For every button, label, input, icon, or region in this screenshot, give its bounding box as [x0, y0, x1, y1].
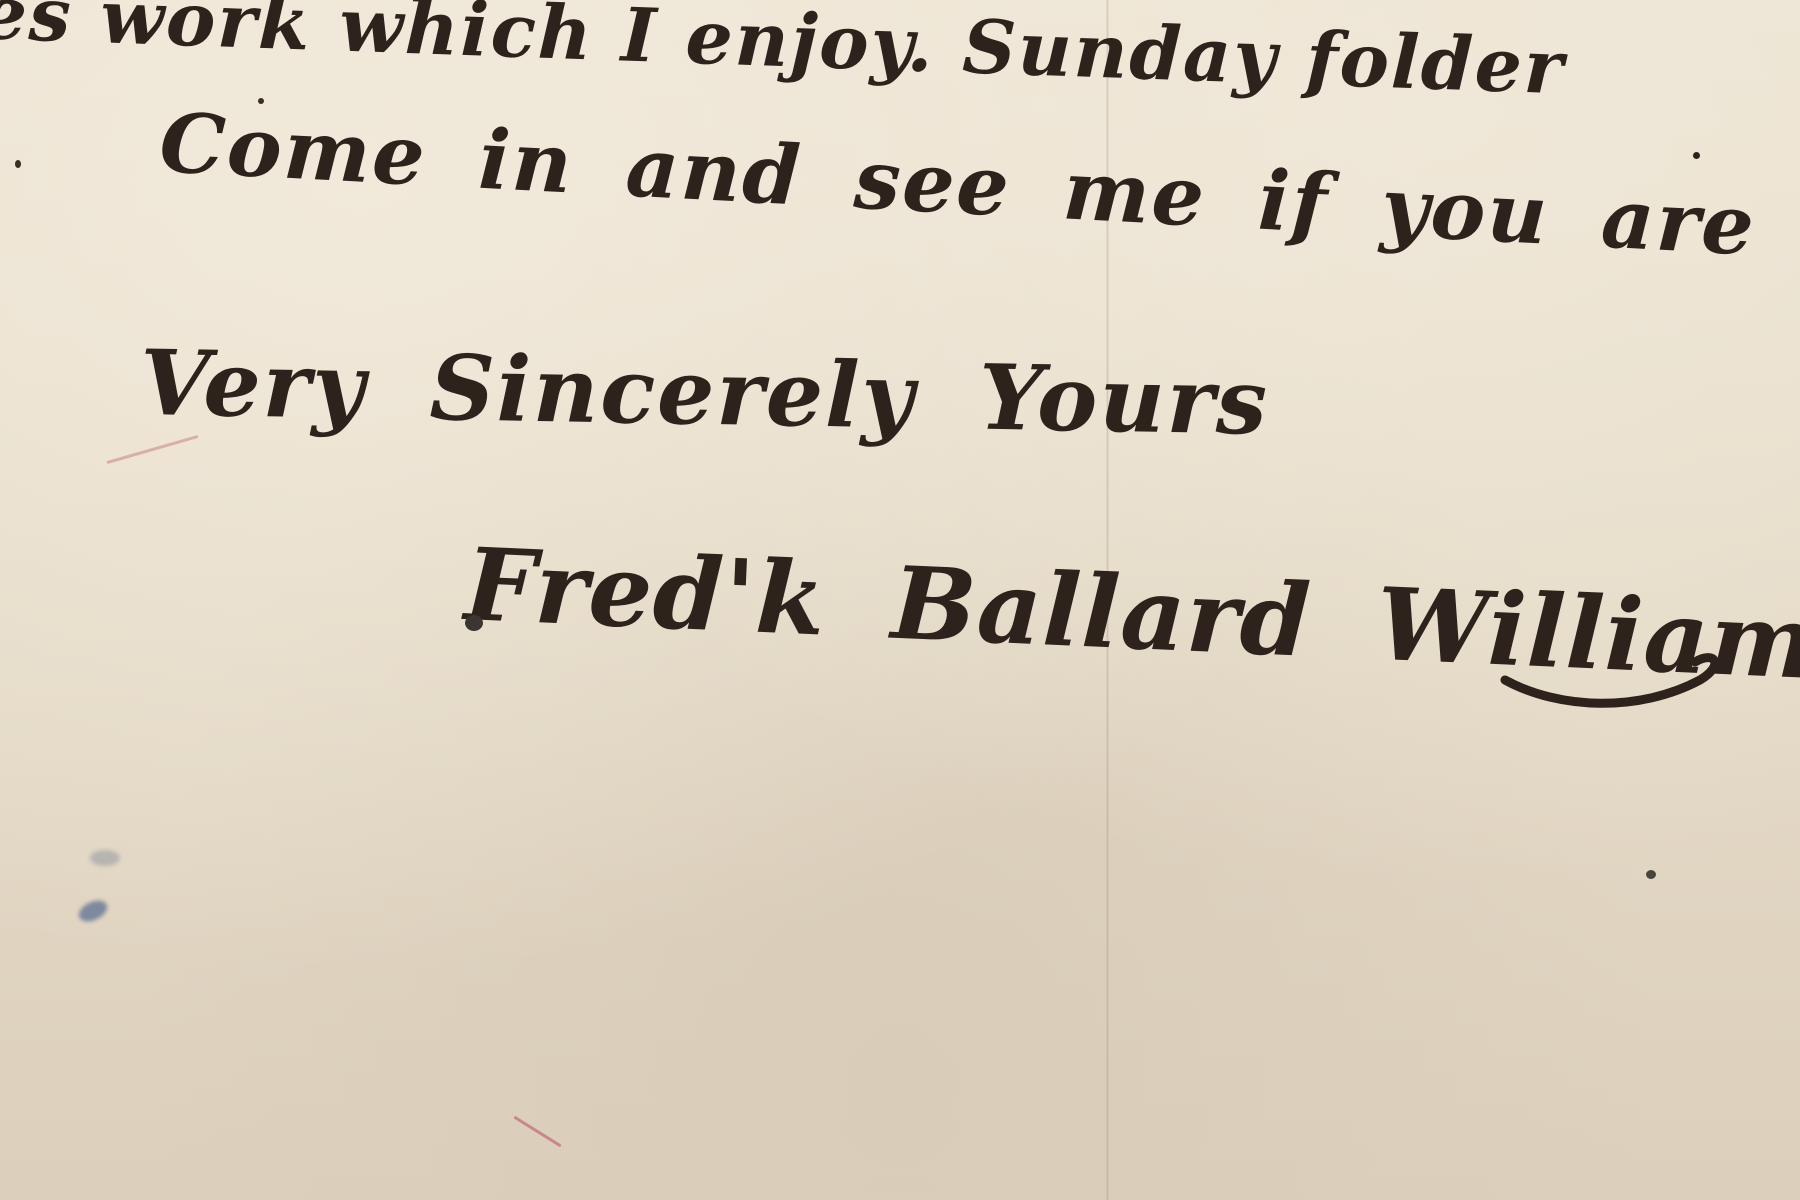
blue-ink-stain — [76, 897, 111, 926]
letter-closing: Very Sincerely Yours — [139, 330, 1270, 456]
ink-dot — [258, 98, 264, 104]
ink-dot — [465, 615, 483, 631]
ink-dot — [1693, 152, 1700, 159]
red-pencil-mark — [106, 435, 198, 464]
signature-flourish-icon — [1500, 640, 1730, 710]
red-pencil-mark — [513, 1116, 561, 1148]
blue-ink-stain — [90, 850, 120, 866]
letter-paper: es work which I enjoy. Sunday folder Com… — [0, 0, 1800, 1200]
letter-body-line: Come in and see me if you are in — [157, 95, 1800, 282]
ink-dot — [15, 160, 21, 168]
ink-dot — [1646, 870, 1656, 879]
letter-body-line-partial: es work which I enjoy. Sunday folder — [0, 0, 1566, 111]
